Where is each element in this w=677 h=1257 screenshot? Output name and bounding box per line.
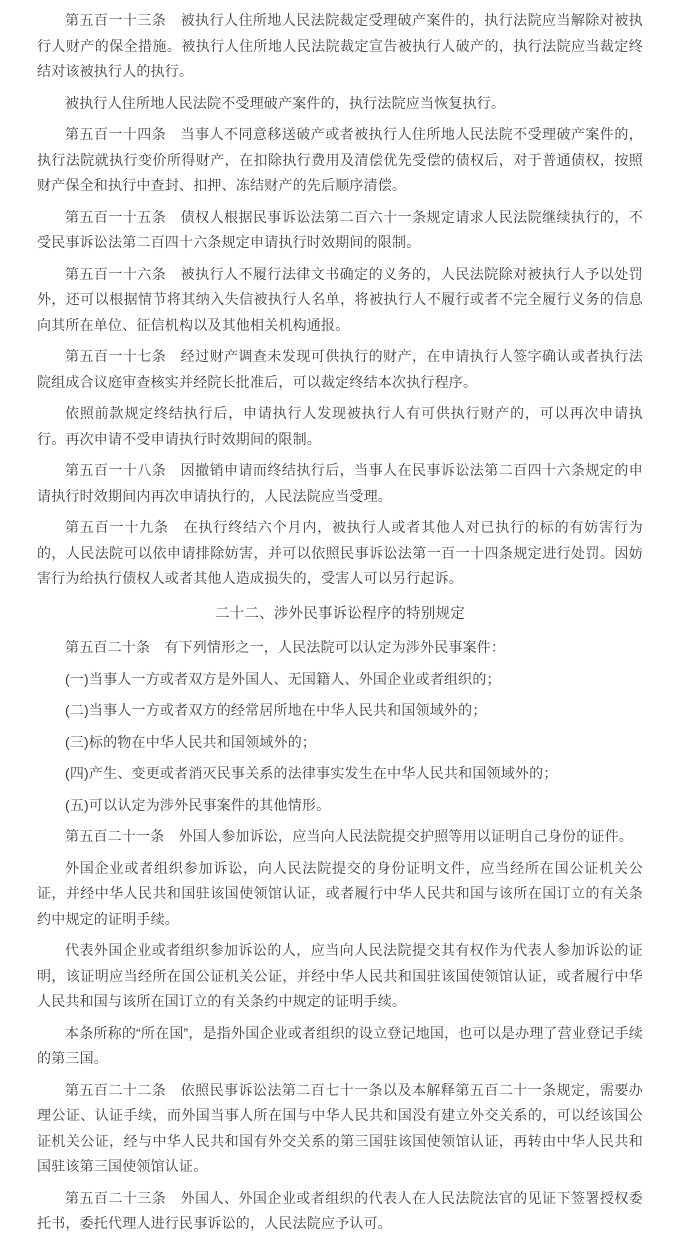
article-paragraph: 依照前款规定终结执行后，申请执行人发现被执行人有可供执行财产的，可以再次申请执行… bbox=[37, 401, 643, 452]
article-paragraph: (五)可以认定为涉外民事案件的其他情形。 bbox=[37, 793, 643, 819]
article-paragraph: 第五百二十三条 外国人、外国企业或者组织的代表人在人民法院法官的见证下签署授权委… bbox=[37, 1186, 643, 1237]
article-paragraph: 第五百一十六条 被执行人不履行法律文书确定的义务的，人民法院除对被执行人予以处罚… bbox=[37, 262, 643, 339]
article-paragraph: 第五百一十八条 因撤销申请而终结执行后，当事人在民事诉讼法第二百四十六条规定的申… bbox=[37, 458, 643, 509]
article-paragraph: (三)标的物在中华人民共和国领域外的； bbox=[37, 730, 643, 756]
article-paragraph: 第五百二十条 有下列情形之一，人民法院可以认定为涉外民事案件： bbox=[37, 635, 643, 661]
article-paragraph: 第五百二十二条 依照民事诉讼法第二百七十一条以及本解释第五百二十一条规定，需要办… bbox=[37, 1078, 643, 1180]
article-paragraph: 第五百一十七条 经过财产调查未发现可供执行的财产，在申请执行人签字确认或者执行法… bbox=[37, 344, 643, 395]
article-paragraph: (二)当事人一方或者双方的经常居所地在中华人民共和国领域外的； bbox=[37, 698, 643, 724]
article-paragraph: 第五百一十三条 被执行人住所地人民法院裁定受理破产案件的，执行法院应当解除对被执… bbox=[37, 8, 643, 85]
section-heading: 二十二、涉外民事诉讼程序的特别规定 bbox=[37, 602, 643, 628]
article-paragraph: 第五百二十一条 外国人参加诉讼，应当向人民法院提交护照等用以证明自己身份的证件。 bbox=[37, 824, 643, 850]
article-paragraph: 第五百一十五条 债权人根据民事诉讼法第二百六十一条规定请求人民法院继续执行的，不… bbox=[37, 205, 643, 256]
article-paragraph: (一)当事人一方或者双方是外国人、无国籍人、外国企业或者组织的； bbox=[37, 667, 643, 693]
article-paragraph: 代表外国企业或者组织参加诉讼的人，应当向人民法院提交其有权作为代表人参加诉讼的证… bbox=[37, 938, 643, 1015]
article-paragraph: 外国企业或者组织参加诉讼，向人民法院提交的身份证明文件，应当经所在国公证机关公证… bbox=[37, 856, 643, 933]
article-paragraph: 本条所称的“所在国”，是指外国企业或者组织的设立登记地国，也可以是办理了营业登记… bbox=[37, 1021, 643, 1072]
article-paragraph: (四)产生、变更或者消灭民事关系的法律事实发生在中华人民共和国领域外的； bbox=[37, 761, 643, 787]
article-paragraph: 第五百一十四条 当事人不同意移送破产或者被执行人住所地人民法院不受理破产案件的，… bbox=[37, 122, 643, 199]
article-paragraph: 第五百一十九条 在执行终结六个月内，被执行人或者其他人对已执行的标的有妨害行为的… bbox=[37, 515, 643, 592]
legal-document-body: 第五百一十三条 被执行人住所地人民法院裁定受理破产案件的，执行法院应当解除对被执… bbox=[0, 0, 677, 1257]
article-paragraph: 被执行人住所地人民法院不受理破产案件的，执行法院应当恢复执行。 bbox=[37, 91, 643, 117]
